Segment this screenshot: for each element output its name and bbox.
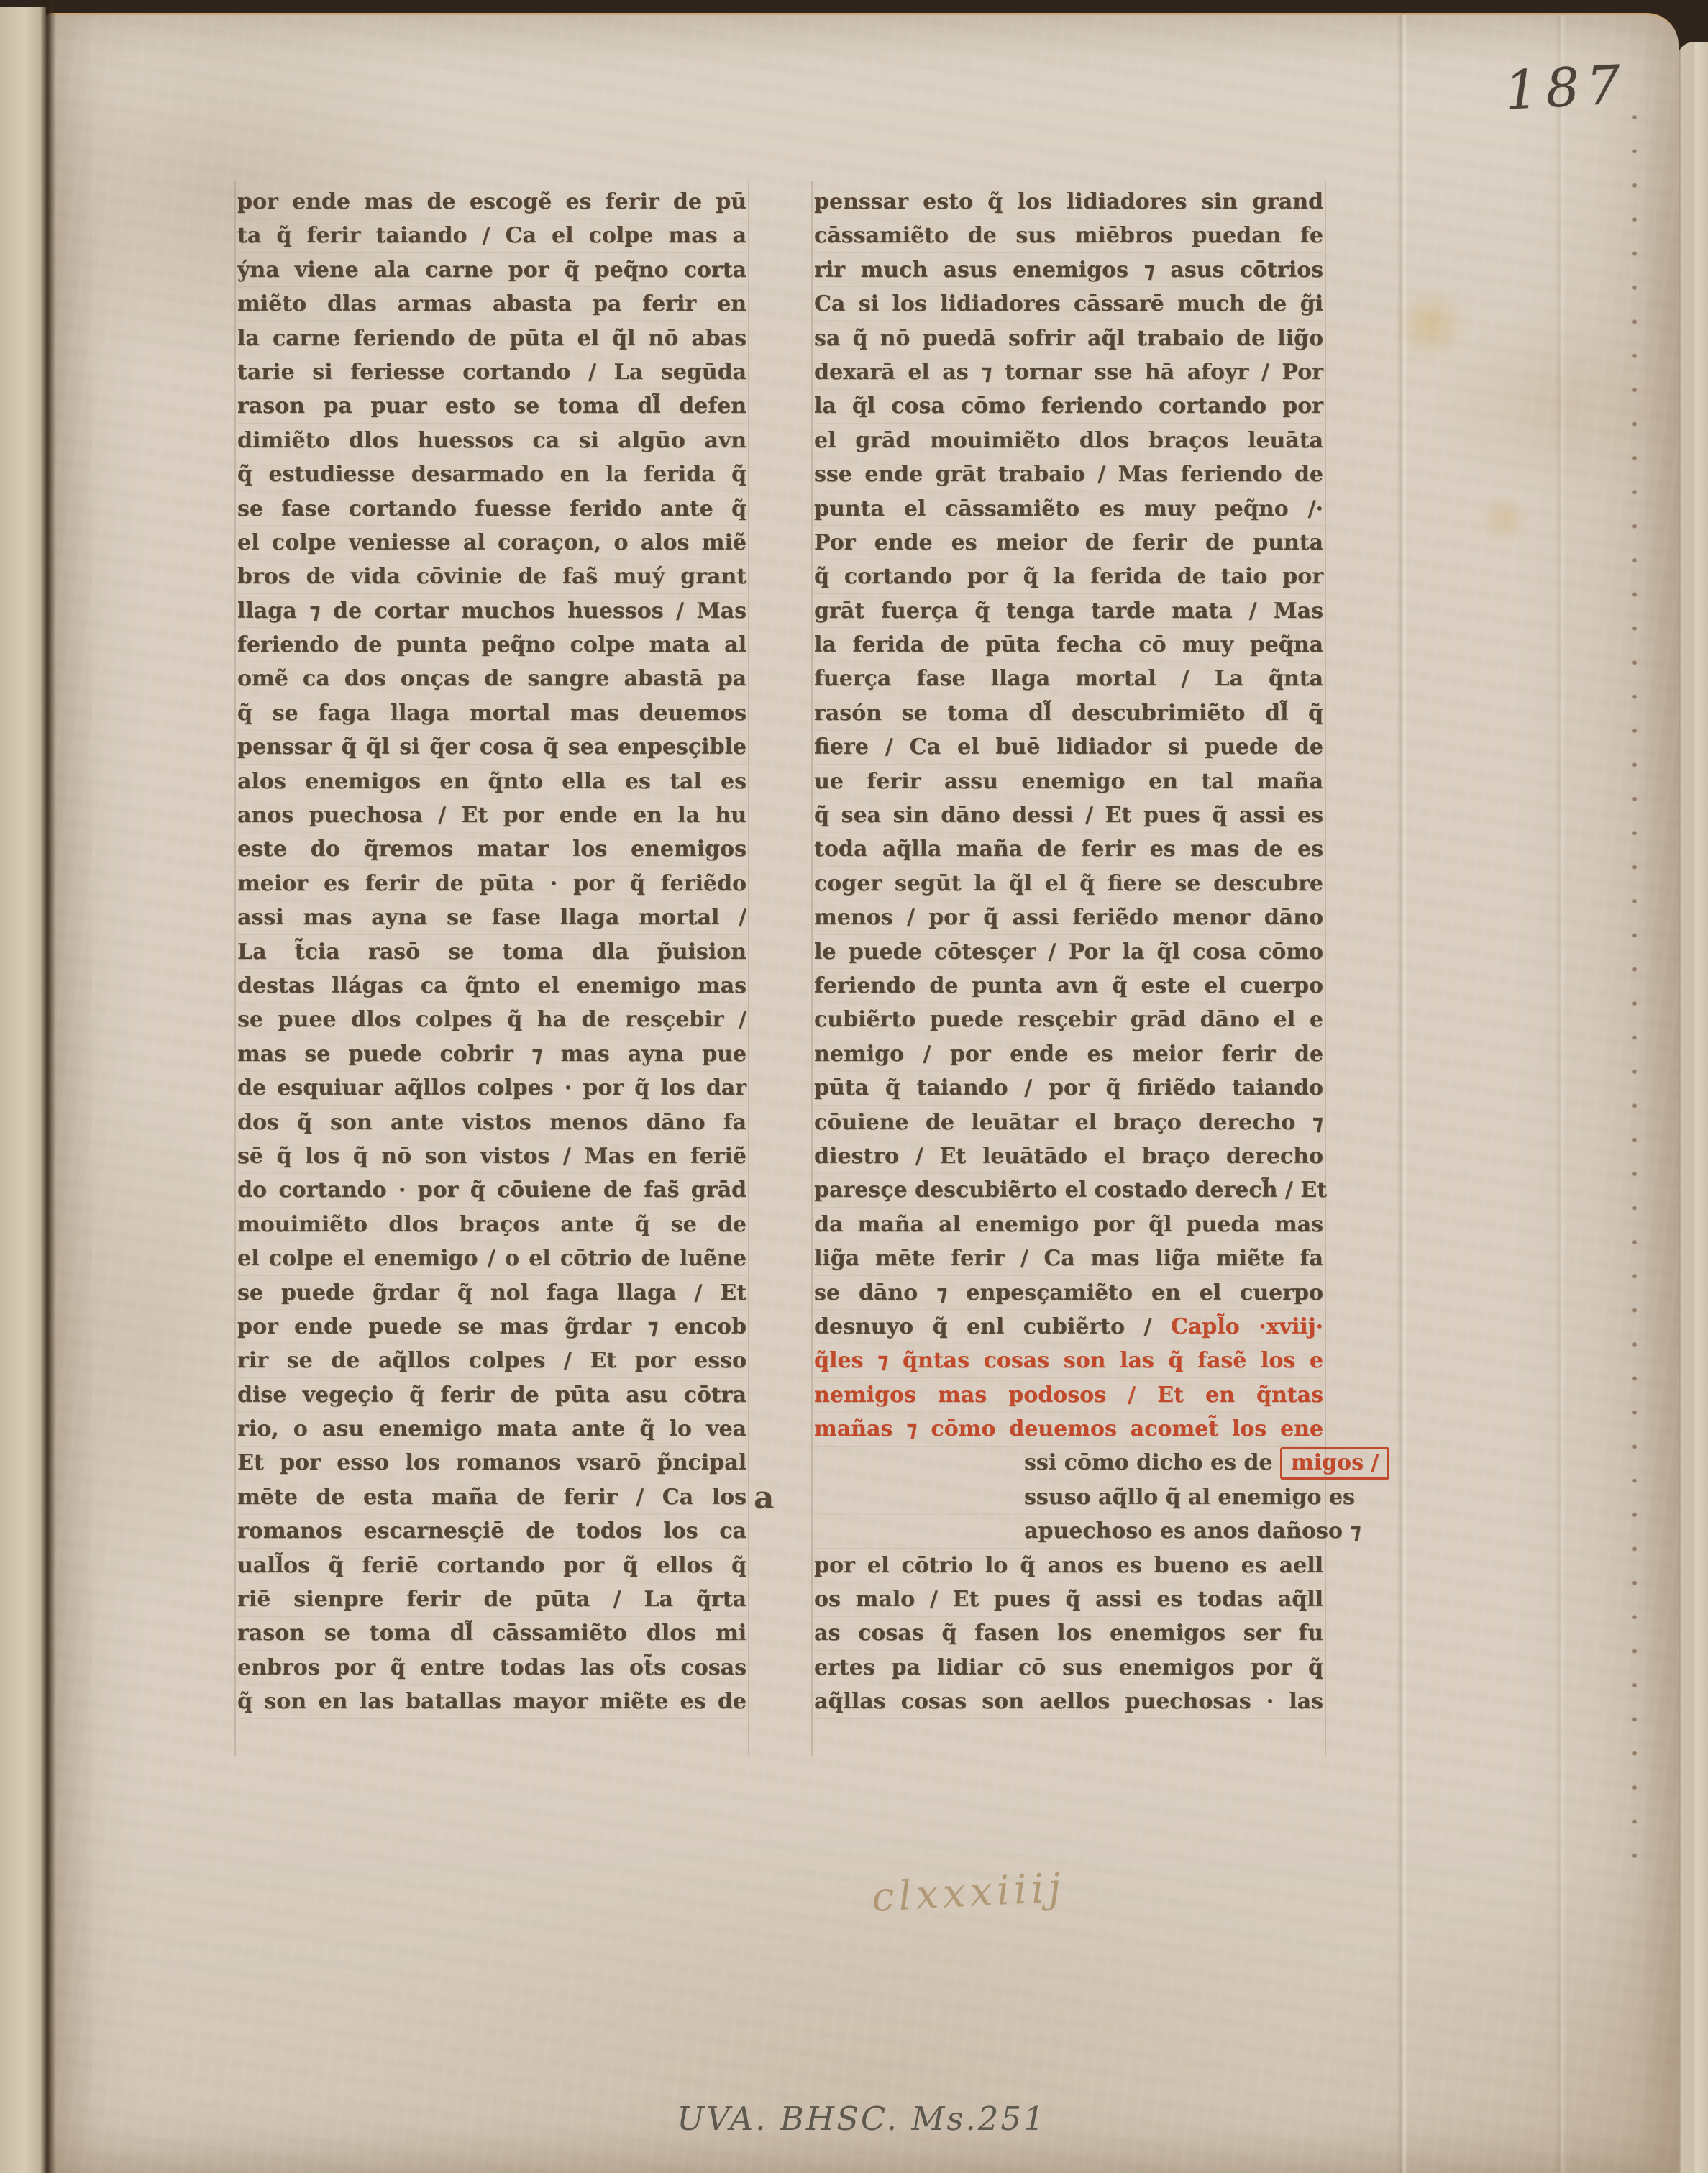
text-line: por el cōtrio lo q̃ anos es bueno es ael…	[814, 1549, 1323, 1582]
text-line: ssi cōmo dicho es de migos /	[814, 1446, 1323, 1480]
text-line: alos enemigos en q̃nto ella es tal es	[237, 765, 746, 798]
text-line: enbros por q̃ entre todas las ot̃s cosas	[237, 1651, 746, 1685]
text-line: mas se puede cobrir ⁊ mas ayna pue	[237, 1037, 746, 1071]
text-line: fiere / Ca el buē lidiador si puede de	[814, 730, 1323, 764]
text-line: q̃ se faga llaga mortal mas deuemos	[237, 696, 746, 730]
text-line: ssuso aq̃llo q̃ al enemigo es	[814, 1480, 1323, 1514]
text-line: penssar esto q̃ los lidiadores sin grand	[814, 185, 1323, 219]
text-line: dimiẽto dlos huessos ca si algūo avn	[237, 424, 746, 457]
ink-text: tarie si feriesse cortando / La segūda	[237, 360, 746, 385]
ink-text: q̃ sea sin dāno dessi / Et pues q̃ assi …	[814, 803, 1323, 828]
ink-text: destas llágas ca q̃nto el enemigo mas	[237, 973, 746, 998]
text-line: bros de vida cōvinie de fas̃ muý grant	[237, 560, 746, 593]
text-line: coger segūt la q̃l el q̃ fiere se descub…	[814, 867, 1323, 901]
text-line: miẽto dlas armas abasta pa ferir en	[237, 287, 746, 321]
ink-text: os malo / Et pues q̃ assi es todas aq̃ll	[814, 1587, 1323, 1612]
ink-text: ýna viene ala carne por q̃ peq̃no corta	[237, 258, 746, 283]
text-line: q̃ sea sin dāno dessi / Et pues q̃ assi …	[814, 798, 1323, 832]
ink-text: aq̃llas cosas son aellos puechosas · las	[814, 1689, 1323, 1714]
ruling-line	[234, 181, 236, 1756]
text-line: q̃ son en las batallas mayor miẽte es de	[237, 1685, 746, 1718]
ink-text: La t̃cia rasō se toma dla p̃uision	[237, 939, 746, 965]
text-line: ta q̃ ferir taiando / Ca el colpe mas a	[237, 219, 746, 252]
ink-text: sē q̃ los q̃ nō son vistos / Mas en feri…	[237, 1144, 746, 1169]
ink-text: este do q̃remos matar los enemigos	[237, 837, 746, 862]
text-line: rason pa puar esto se toma dl̃ defen	[237, 389, 746, 423]
ink-text: bros de vida cōvinie de fas̃ muý grant	[237, 564, 746, 589]
ink-text: punta el cāssamiẽto es muy peq̃no /·	[814, 496, 1323, 521]
text-line: por ende puede se mas g̃rdar ⁊ encob	[237, 1310, 746, 1344]
ink-text: rio, o asu enemigo mata ante q̃ lo vea	[237, 1416, 746, 1441]
text-line: sa q̃ nō puedā sofrir aq̃l trabaio de li…	[814, 322, 1323, 355]
text-line: toda aq̃lla maña de ferir es mas de es	[814, 832, 1323, 866]
text-line: penssar q̃ q̃l si q̃er cosa q̃ sea enpes…	[237, 730, 746, 764]
ink-text: le puede cōtesçer / Por la q̃l cosa cōmo	[814, 939, 1323, 965]
text-line: La t̃cia rasō se toma dla p̃uision	[237, 935, 746, 969]
ink-text: q̃ estudiesse desarmado en la ferida q̃	[237, 462, 746, 487]
ink-text: do cortando · por q̃ cōuiene de fas̃ grā…	[237, 1177, 746, 1203]
ink-text: se dāno ⁊ enpesçamiẽto en el cuerpo	[814, 1280, 1323, 1306]
ink-text: penssar esto q̃ los lidiadores sin grand	[814, 189, 1323, 214]
facing-page-edge	[0, 7, 46, 2173]
text-line: por ende mas de escogẽ es ferir de pū	[237, 185, 746, 219]
text-line: os malo / Et pues q̃ assi es todas aq̃ll	[814, 1582, 1323, 1616]
text-line: se puede g̃rdar q̃ nol faga llaga / Et	[237, 1276, 746, 1310]
ink-text: se fase cortando fuesse ferido ante q̃	[237, 496, 746, 521]
ink-text: ue ferir assu enemigo en tal maña	[814, 769, 1323, 794]
ink-text: Ca si los lidiadores cāssarē much de g̃i	[814, 291, 1323, 316]
text-line: mouimiẽto dlos braços ante q̃ se de	[237, 1208, 746, 1242]
ink-text: meior es ferir de pūta · por q̃ feriẽdo	[237, 871, 746, 896]
text-line: la carne feriendo de pūta el q̃l nō abas	[237, 322, 746, 355]
ink-text: ssi cōmo dicho es de	[1024, 1450, 1280, 1475]
ink-text: nemigo / por ende es meior ferir de	[814, 1042, 1323, 1067]
text-line: rir much asus enemigos ⁊ asus cōtrios	[814, 253, 1323, 287]
text-line: nemigos mas podosos / Et en q̃ntas	[814, 1378, 1323, 1412]
ink-text: por ende mas de escogẽ es ferir de pū	[237, 189, 746, 214]
rubric-text: Capl̃o ·xviij·	[1171, 1314, 1323, 1339]
ink-text: la q̃l cosa cōmo feriendo cortando por	[814, 393, 1323, 419]
text-line: ue ferir assu enemigo en tal maña	[814, 765, 1323, 798]
ink-text: mas se puede cobrir ⁊ mas ayna pue	[237, 1042, 746, 1067]
ink-text: cāssamiẽto de sus miēbros puedan fe	[814, 223, 1323, 248]
ruling-line	[811, 181, 813, 1756]
ink-text: riē sienpre ferir de pūta / La q̃rta	[237, 1587, 746, 1612]
text-line: diestro / Et leuātādo el braço derecho	[814, 1139, 1323, 1173]
ink-text: se puede g̃rdar q̃ nol faga llaga / Et	[237, 1280, 746, 1306]
vertical-crease	[1397, 15, 1408, 2173]
ink-text: rir se de aq̃llos colpes / Et por esso	[237, 1348, 746, 1373]
text-line: rasón se toma dl̃ descubrimiẽto dl̃ q̃	[814, 696, 1323, 730]
text-line: destas llágas ca q̃nto el enemigo mas	[237, 969, 746, 1003]
text-line: la ferida de pūta fecha cō muy peq̃na	[814, 628, 1323, 662]
ink-text: la carne feriendo de pūta el q̃l nō abas	[237, 326, 746, 351]
text-line: da maña al enemigo por q̃l pueda mas	[814, 1208, 1323, 1242]
text-line: se puee dlos colpes q̃ ha de resçebir /	[237, 1003, 746, 1037]
text-line: tarie si feriesse cortando / La segūda	[237, 355, 746, 389]
text-column-right: penssar esto q̃ los lidiadores sin grand…	[814, 185, 1323, 1719]
ink-text: dexarā el as ⁊ tornar sse hā afoyr / Por	[814, 360, 1323, 385]
ink-text: sse ende grāt trabaio / Mas feriendo de	[814, 462, 1323, 487]
text-line: Por ende es meior de ferir de punta	[814, 526, 1323, 560]
ink-text: romanos escarnesçiē de todos los ca	[237, 1518, 746, 1544]
ink-text: menos / por q̃ assi feriẽdo menor dāno	[814, 905, 1323, 930]
ink-text: enbros por q̃ entre todas las ot̃s cosas	[237, 1655, 746, 1680]
text-line: meior es ferir de pūta · por q̃ feriẽdo	[237, 867, 746, 901]
ink-text: pūta q̃ taiando / por q̃ firiẽdo taiando	[814, 1075, 1323, 1101]
text-line: pūta q̃ taiando / por q̃ firiẽdo taiando	[814, 1071, 1323, 1105]
text-line: q̃ cortando por q̃ la ferida de taio por	[814, 560, 1323, 593]
gutter-inscription: clxxxiiij	[870, 1864, 1066, 1921]
ink-text: Et por esso los romanos vsarō p̃ncipal	[237, 1450, 746, 1475]
text-line: do cortando · por q̃ cōuiene de fas̃ grā…	[237, 1173, 746, 1207]
text-line: se dāno ⁊ enpesçamiẽto en el cuerpo	[814, 1276, 1323, 1310]
text-line: uall̃os q̃ feriē cortando por q̃ ellos q…	[237, 1549, 746, 1582]
text-line: fuerça fase llaga mortal / La q̃nta	[814, 662, 1323, 696]
text-line: assi mas ayna se fase llaga mortal /	[237, 901, 746, 934]
ink-text: anos puechosa / Et por ende en la hu	[237, 803, 746, 828]
text-line: feriendo de punta peq̃no colpe mata al	[237, 628, 746, 662]
text-line: llaga ⁊ de cortar muchos huessos / Mas	[237, 594, 746, 628]
ink-text: de esquiuar aq̃llos colpes · por q̃ los …	[237, 1075, 746, 1101]
text-line: cāssamiẽto de sus miēbros puedan fe	[814, 219, 1323, 252]
ink-text: fiere / Ca el buē lidiador si puede de	[814, 734, 1323, 760]
ink-text: dise vegeçio q̃ ferir de pūta asu cōtra	[237, 1382, 746, 1408]
text-line: q̃les ⁊ q̃ntas cosas son las q̃ fasẽ los…	[814, 1344, 1323, 1377]
text-line: ýna viene ala carne por q̃ peq̃no corta	[237, 253, 746, 287]
text-line: as cosas q̃ fasen los enemigos ser fu	[814, 1616, 1323, 1650]
parchment-page: 187 por ende mas de escogẽ es ferir de p…	[45, 13, 1679, 2173]
ink-text: lig̃a mēte ferir / Ca mas lig̃a miẽte fa	[814, 1246, 1323, 1271]
ink-text: sa q̃ nō puedā sofrir aq̃l trabaio de li…	[814, 326, 1323, 351]
text-line: nemigo / por ende es meior ferir de	[814, 1037, 1323, 1071]
ink-text: mouimiẽto dlos braços ante q̃ se de	[237, 1212, 746, 1237]
ink-text: desnuyo q̃ enl cubiẽrto /	[814, 1314, 1171, 1339]
ink-text: llaga ⁊ de cortar muchos huessos / Mas	[237, 598, 746, 624]
text-line: le puede cōtesçer / Por la q̃l cosa cōmo	[814, 935, 1323, 969]
ink-text: mēte de esta maña de ferir / Ca los	[237, 1485, 746, 1510]
text-line: cōuiene de leuātar el braço derecho ⁊	[814, 1106, 1323, 1139]
text-line: se fase cortando fuesse ferido ante q̃	[237, 492, 746, 526]
shelfmark-caption: UVA. BHSC. Ms.251	[45, 2100, 1679, 2138]
underlying-page-edge	[1677, 42, 1708, 2173]
ink-text: dos q̃ son ante vistos menos dāno fa	[237, 1110, 746, 1135]
text-line: Et por esso los romanos vsarō p̃ncipal	[237, 1446, 746, 1480]
ink-text: diestro / Et leuātādo el braço derecho	[814, 1144, 1323, 1169]
text-line: el colpe veniesse al coraçon, o alos miẽ	[237, 526, 746, 560]
ink-text: cōuiene de leuātar el braço derecho ⁊	[814, 1110, 1323, 1135]
ink-text: q̃ cortando por q̃ la ferida de taio por	[814, 564, 1323, 589]
ink-text: rason pa puar esto se toma dl̃ defen	[237, 393, 746, 419]
text-line: anos puechosa / Et por ende en la hu	[237, 798, 746, 832]
text-line: este do q̃remos matar los enemigos	[237, 832, 746, 866]
text-line: dexarā el as ⁊ tornar sse hā afoyr / Por	[814, 355, 1323, 389]
ink-text: coger segūt la q̃l el q̃ fiere se descub…	[814, 871, 1323, 896]
text-line: ertes pa lidiar cō sus enemigos por q̃	[814, 1651, 1323, 1685]
text-line: lig̃a mēte ferir / Ca mas lig̃a miẽte fa	[814, 1242, 1323, 1275]
ink-text: grāt fuerça q̃ tenga tarde mata / Mas	[814, 598, 1323, 624]
ink-text: cubiẽrto puede resçebir grād dāno el e	[814, 1007, 1323, 1032]
text-line: desnuyo q̃ enl cubiẽrto / Capl̃o ·xviij·	[814, 1310, 1323, 1344]
ink-text: la ferida de pūta fecha cō muy peq̃na	[814, 632, 1323, 657]
text-line: Ca si los lidiadores cāssarē much de g̃i	[814, 287, 1323, 321]
text-line: sse ende grāt trabaio / Mas feriendo de	[814, 457, 1323, 491]
text-line: apuechoso es anos dañoso ⁊	[814, 1514, 1323, 1548]
rubric-text: mañas ⁊ cōmo deuemos acomet̃ los ene	[814, 1416, 1323, 1441]
gutter-shadow	[40, 0, 56, 2173]
ink-text: fuerça fase llaga mortal / La q̃nta	[814, 666, 1323, 691]
text-line: paresçe descubiẽrto el costado derech̃ /…	[814, 1173, 1323, 1207]
text-line: dise vegeçio q̃ ferir de pūta asu cōtra	[237, 1378, 746, 1412]
ruling-line	[748, 181, 749, 1756]
ink-text: ssuso aq̃llo q̃ al enemigo es	[1024, 1485, 1355, 1510]
text-line: el grād mouimiẽto dlos braços leuāta	[814, 424, 1323, 457]
text-line: riē sienpre ferir de pūta / La q̃rta	[237, 1582, 746, 1616]
text-column-left: por ende mas de escogẽ es ferir de pūta …	[237, 185, 746, 1719]
ink-text: q̃ son en las batallas mayor miẽte es de	[237, 1689, 746, 1714]
manuscript-photo: 187 por ende mas de escogẽ es ferir de p…	[0, 0, 1708, 2173]
ink-text: Por ende es meior de ferir de punta	[814, 530, 1323, 555]
text-line: el colpe el enemigo / o el cōtrio de luẽ…	[237, 1242, 746, 1275]
ink-text: feriendo de punta avn q̃ este el cuerpo	[814, 973, 1323, 998]
text-line: dos q̃ son ante vistos menos dāno fa	[237, 1106, 746, 1139]
ink-text: dimiẽto dlos huessos ca si algūo avn	[237, 428, 746, 453]
ink-text: rasón se toma dl̃ descubrimiẽto dl̃ q̃	[814, 701, 1323, 726]
ink-text: omẽ ca dos onças de sangre abastā pa	[237, 666, 746, 691]
ink-text: rir much asus enemigos ⁊ asus cōtrios	[814, 258, 1323, 283]
ink-text: paresçe descubiẽrto el costado derech̃ /…	[814, 1177, 1327, 1203]
text-line: la q̃l cosa cōmo feriendo cortando por	[814, 389, 1323, 423]
guide-letter: a	[754, 1480, 775, 1516]
rubric-text: q̃les ⁊ q̃ntas cosas son las q̃ fasẽ los…	[814, 1348, 1323, 1373]
ink-text: se puee dlos colpes q̃ ha de resçebir /	[237, 1007, 746, 1032]
text-line: mēte de esta maña de ferir / Ca los	[237, 1480, 746, 1514]
text-line: menos / por q̃ assi feriẽdo menor dāno	[814, 901, 1323, 934]
ink-text: feriendo de punta peq̃no colpe mata al	[237, 632, 746, 657]
text-line: de esquiuar aq̃llos colpes · por q̃ los …	[237, 1071, 746, 1105]
ink-text: rason se toma dl̃ cāssamiẽto dlos mi	[237, 1621, 746, 1646]
text-line: sē q̃ los q̃ nō son vistos / Mas en feri…	[237, 1139, 746, 1173]
ink-text: el colpe veniesse al coraçon, o alos miẽ	[237, 530, 746, 555]
text-line: rio, o asu enemigo mata ante q̃ lo vea	[237, 1412, 746, 1446]
text-line: omẽ ca dos onças de sangre abastā pa	[237, 662, 746, 696]
text-line: romanos escarnesçiē de todos los ca	[237, 1514, 746, 1548]
ink-text: apuechoso es anos dañoso ⁊	[1024, 1518, 1361, 1544]
ink-text: da maña al enemigo por q̃l pueda mas	[814, 1212, 1323, 1237]
text-line: grāt fuerça q̃ tenga tarde mata / Mas	[814, 594, 1323, 628]
ink-text: ta q̃ ferir taiando / Ca el colpe mas a	[237, 223, 746, 248]
text-line: cubiẽrto puede resçebir grād dāno el e	[814, 1003, 1323, 1037]
text-line: rason se toma dl̃ cāssamiẽto dlos mi	[237, 1616, 746, 1650]
ink-text: as cosas q̃ fasen los enemigos ser fu	[814, 1621, 1323, 1646]
text-line: feriendo de punta avn q̃ este el cuerpo	[814, 969, 1323, 1003]
ink-text: toda aq̃lla maña de ferir es mas de es	[814, 837, 1323, 862]
rubric-boxed-text: migos /	[1280, 1447, 1389, 1480]
ink-text: ertes pa lidiar cō sus enemigos por q̃	[814, 1655, 1323, 1680]
ink-text: el colpe el enemigo / o el cōtrio de luẽ…	[237, 1246, 746, 1271]
vertical-crease	[1555, 15, 1566, 2173]
ink-text: uall̃os q̃ feriē cortando por q̃ ellos q…	[237, 1553, 746, 1578]
ink-text: q̃ se faga llaga mortal mas deuemos	[237, 701, 746, 726]
rubric-text: nemigos mas podosos / Et en q̃ntas	[814, 1382, 1323, 1408]
pricking-holes	[1632, 110, 1637, 1858]
text-line: q̃ estudiesse desarmado en la ferida q̃	[237, 457, 746, 491]
folio-number: 187	[1503, 50, 1693, 122]
text-line: mañas ⁊ cōmo deuemos acomet̃ los ene	[814, 1412, 1323, 1446]
ink-text: por el cōtrio lo q̃ anos es bueno es ael…	[814, 1553, 1323, 1578]
ink-text: miẽto dlas armas abasta pa ferir en	[237, 291, 746, 316]
text-line: punta el cāssamiẽto es muy peq̃no /·	[814, 492, 1323, 526]
ink-text: el grād mouimiẽto dlos braços leuāta	[814, 428, 1323, 453]
text-line: aq̃llas cosas son aellos puechosas · las	[814, 1685, 1323, 1718]
ink-text: por ende puede se mas g̃rdar ⁊ encob	[237, 1314, 746, 1339]
text-line: rir se de aq̃llos colpes / Et por esso	[237, 1344, 746, 1377]
ink-text: alos enemigos en q̃nto ella es tal es	[237, 769, 746, 794]
ink-text: assi mas ayna se fase llaga mortal /	[237, 905, 746, 930]
ink-text: penssar q̃ q̃l si q̃er cosa q̃ sea enpes…	[237, 734, 746, 760]
